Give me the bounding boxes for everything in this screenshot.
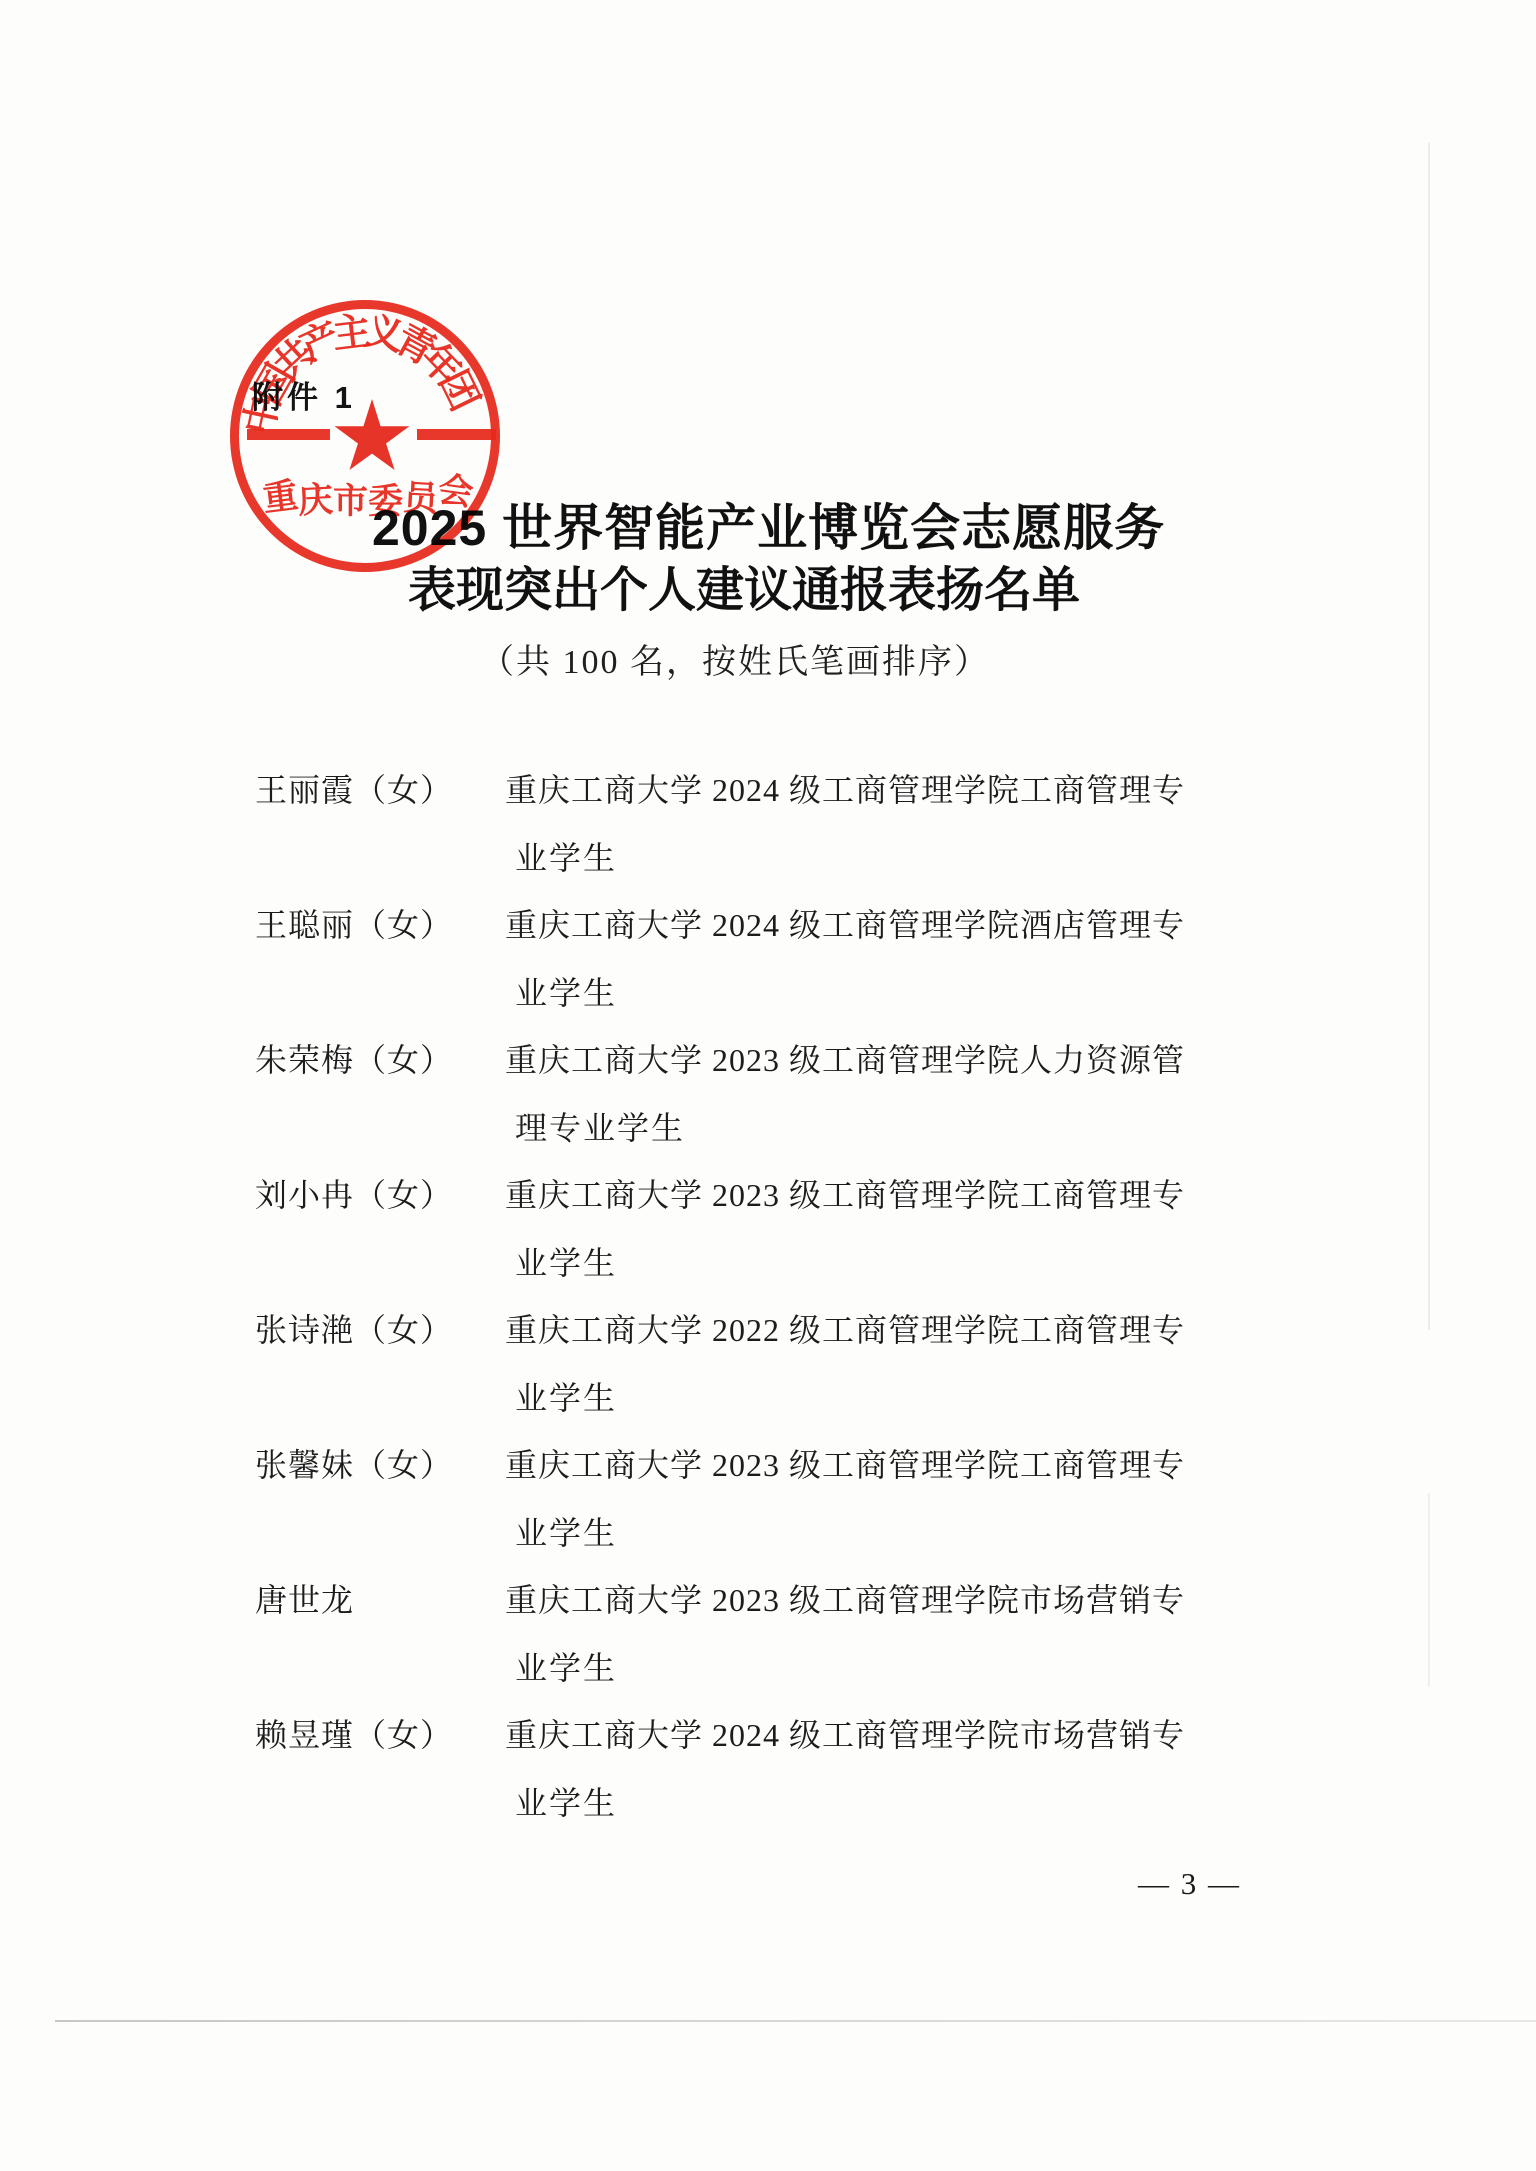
stamp-left-bar bbox=[247, 429, 330, 440]
roster-row: 唐世龙 重庆工商大学 2023 级工商管理学院市场营销专 业学生 bbox=[0, 1578, 1536, 1713]
roster-desc-line2: 理专业学生 bbox=[515, 1106, 685, 1150]
roster-name: 唐世龙 bbox=[255, 1578, 354, 1622]
roster-name: 王聪丽（女） bbox=[255, 903, 453, 947]
doc-title-line2: 表现突出个人建议通报表扬名单 bbox=[408, 564, 1080, 618]
roster-name: 张诗滟（女） bbox=[255, 1308, 453, 1352]
roster-row: 王丽霞（女） 重庆工商大学 2024 级工商管理学院工商管理专 业学生 bbox=[0, 768, 1536, 903]
roster-desc-line1: 重庆工商大学 2023 级工商管理学院人力资源管 bbox=[505, 1038, 1185, 1082]
roster-desc-line2: 业学生 bbox=[515, 971, 617, 1015]
scan-artifact-page-edge-line bbox=[55, 2020, 1536, 2022]
roster-row: 朱荣梅（女） 重庆工商大学 2023 级工商管理学院人力资源管 理专业学生 bbox=[0, 1038, 1536, 1173]
roster-row: 张馨妹（女） 重庆工商大学 2023 级工商管理学院工商管理专 业学生 bbox=[0, 1443, 1536, 1578]
roster-name: 朱荣梅（女） bbox=[255, 1038, 453, 1082]
roster-name: 张馨妹（女） bbox=[255, 1443, 453, 1487]
roster-row: 赖昱瑾（女） 重庆工商大学 2024 级工商管理学院市场营销专 业学生 bbox=[0, 1713, 1536, 1848]
roster-desc-line2: 业学生 bbox=[515, 1241, 617, 1285]
roster-desc-line2: 业学生 bbox=[515, 1511, 617, 1555]
roster-name: 刘小冉（女） bbox=[255, 1173, 453, 1217]
roster-desc-line1: 重庆工商大学 2023 级工商管理学院工商管理专 bbox=[505, 1173, 1185, 1217]
roster-desc-line2: 业学生 bbox=[515, 1781, 617, 1825]
official-stamp: 中国共产主义青年团 重庆市委员会 bbox=[230, 300, 500, 572]
roster-row: 张诗滟（女） 重庆工商大学 2022 级工商管理学院工商管理专 业学生 bbox=[0, 1308, 1536, 1443]
roster-name: 王丽霞（女） bbox=[255, 768, 453, 812]
stamp-bottom-text: 重庆市委员会 bbox=[263, 476, 475, 520]
scan-artifact-vertical-line bbox=[1428, 1493, 1430, 1687]
roster-name: 赖昱瑾（女） bbox=[255, 1713, 453, 1757]
roster-desc-line1: 重庆工商大学 2022 级工商管理学院工商管理专 bbox=[505, 1308, 1185, 1352]
doc-subtitle: （共 100 名，按姓氏笔画排序） bbox=[480, 643, 990, 683]
scan-artifact-vertical-line bbox=[1428, 143, 1430, 1330]
roster-desc-line2: 业学生 bbox=[515, 1376, 617, 1420]
roster-desc-line1: 重庆工商大学 2023 级工商管理学院工商管理专 bbox=[505, 1443, 1185, 1487]
roster-desc-line1: 重庆工商大学 2024 级工商管理学院酒店管理专 bbox=[505, 903, 1185, 947]
page-number: — 3 — bbox=[1138, 1866, 1241, 1902]
roster-desc-line2: 业学生 bbox=[515, 836, 617, 880]
roster-desc-line2: 业学生 bbox=[515, 1646, 617, 1690]
stamp-right-bar bbox=[417, 429, 496, 440]
roster-row: 刘小冉（女） 重庆工商大学 2023 级工商管理学院工商管理专 业学生 bbox=[0, 1173, 1536, 1308]
roster-row: 王聪丽（女） 重庆工商大学 2024 级工商管理学院酒店管理专 业学生 bbox=[0, 903, 1536, 1038]
scanned-document-page: 附件 1 2025 世界智能产业博览会志愿服务 表现突出个人建议通报表扬名单 （… bbox=[0, 0, 1536, 2171]
roster-desc-line1: 重庆工商大学 2024 级工商管理学院工商管理专 bbox=[505, 768, 1185, 812]
roster-desc-line1: 重庆工商大学 2024 级工商管理学院市场营销专 bbox=[505, 1713, 1185, 1757]
roster-desc-line1: 重庆工商大学 2023 级工商管理学院市场营销专 bbox=[505, 1578, 1185, 1622]
